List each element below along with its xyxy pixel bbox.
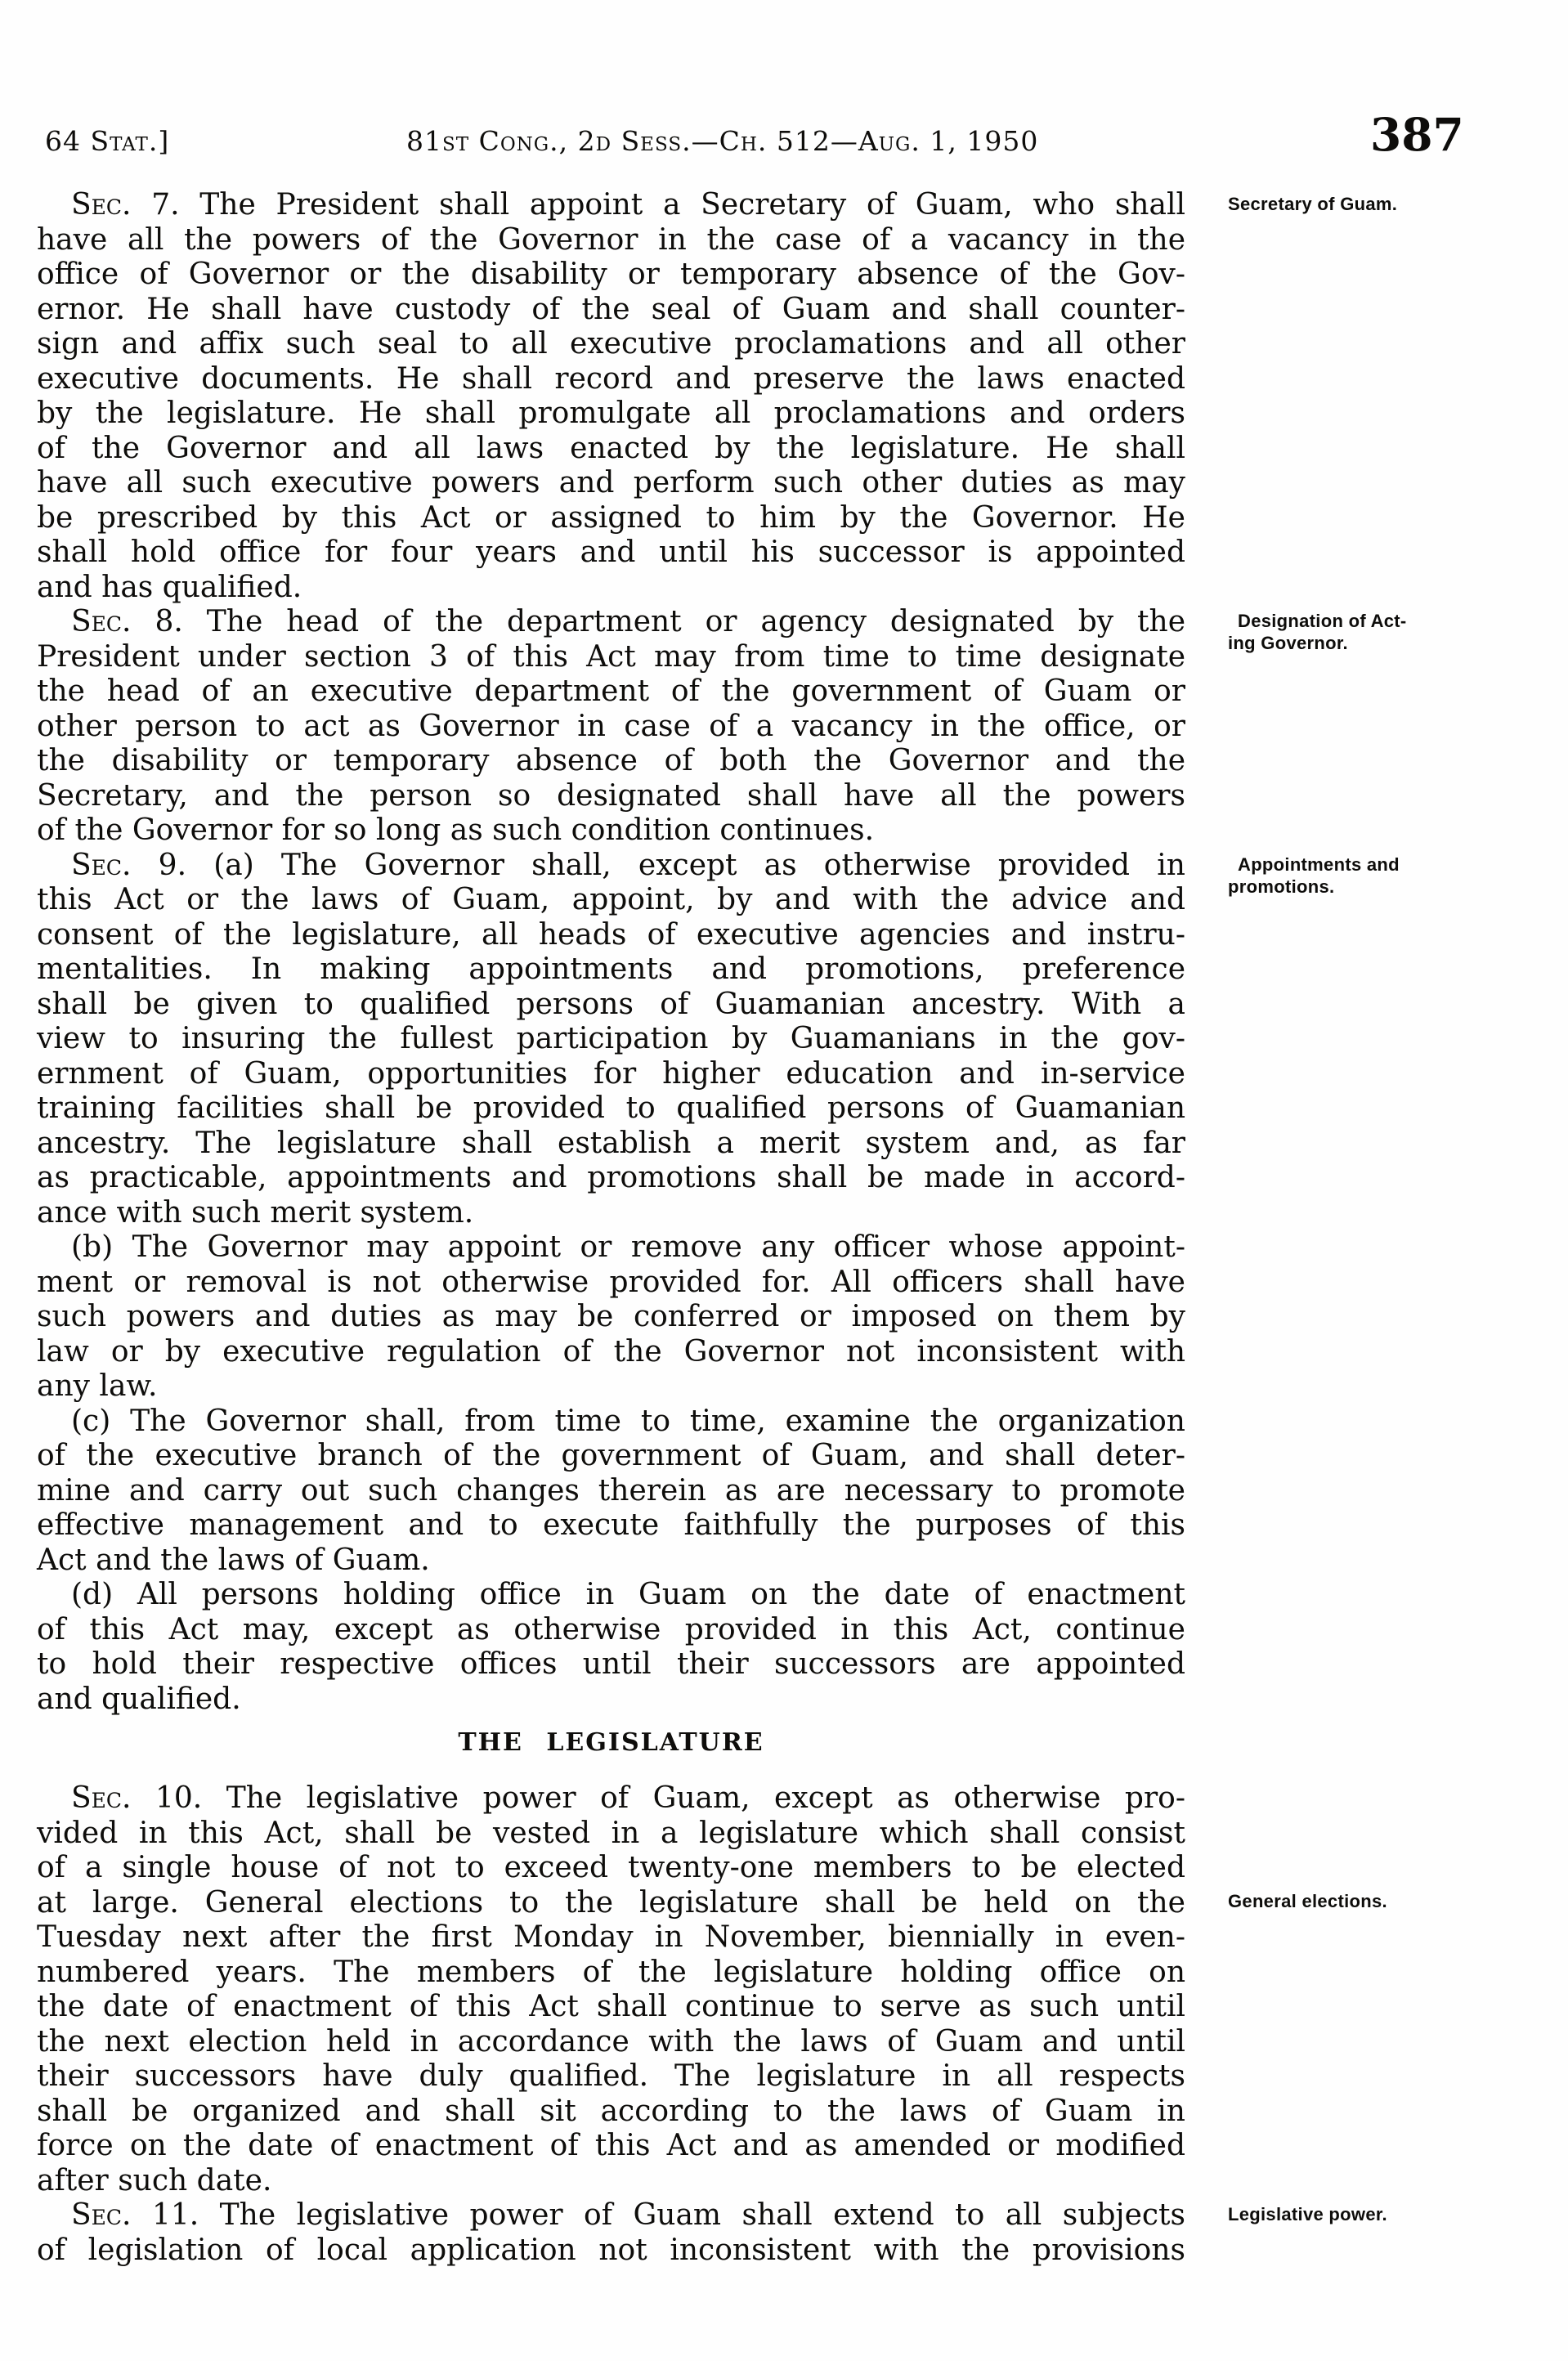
text-line: Sec. 7. The President shall appoint a Se…: [37, 188, 1185, 223]
paragraph-text: (b) The Governor may appoint or remove a…: [37, 1230, 1185, 1405]
text-line: Tuesday next after the first Monday in N…: [37, 1920, 1185, 1956]
text-line: of the Governor for so long as such cond…: [37, 813, 1185, 849]
paragraph-text: Sec. 11. The legislative power of Guam s…: [37, 2198, 1185, 2268]
text-line: shall be organized and shall sit accordi…: [37, 2094, 1185, 2130]
text-line: other person to act as Governor in case …: [37, 710, 1185, 745]
text-line: view to insuring the fullest participati…: [37, 1022, 1185, 1057]
text-line: numbered years. The members of the legis…: [37, 1956, 1185, 1991]
text-line: ernment of Guam, opportunities for highe…: [37, 1057, 1185, 1092]
text-line: Act and the laws of Guam.: [37, 1543, 1185, 1579]
text-line: after such date.: [37, 2164, 1185, 2199]
text-line: the date of enactment of this Act shall …: [37, 1990, 1185, 2025]
text-line: have all such executive powers and perfo…: [37, 466, 1185, 501]
paragraph-text: Sec. 10. The legislative power of Guam, …: [37, 1781, 1185, 2198]
paragraph-text: (c) The Governor shall, from time to tim…: [37, 1405, 1185, 1579]
text-line: training facilities shall be provided to…: [37, 1091, 1185, 1127]
paragraph-text: (d) All persons holding office in Guam o…: [37, 1578, 1185, 1717]
statute-page: 64 Stat.] 81st Cong., 2d Sess.—Ch. 512—A…: [0, 0, 1568, 2361]
text-line: Appointments and: [1228, 853, 1457, 876]
text-line: as practicable, appointments and promoti…: [37, 1161, 1185, 1196]
paragraph-sec-9d: (d) All persons holding office in Guam o…: [37, 1578, 1185, 1717]
text-line: shall be given to qualified persons of G…: [37, 988, 1185, 1023]
text-line: this Act or the laws of Guam, appoint, b…: [37, 883, 1185, 918]
section-label: Sec. 11.: [71, 2198, 199, 2232]
section-heading-the-legislature: THE LEGISLATURE: [37, 1725, 1185, 1760]
paragraph-text: Sec. 8. The head of the department or ag…: [37, 605, 1185, 849]
text-line: Secretary of Guam.: [1228, 193, 1457, 215]
text-line: of the executive branch of the governmen…: [37, 1439, 1185, 1474]
text-line: by the legislature. He shall promulgate …: [37, 396, 1185, 432]
section-label: Sec. 10.: [71, 1781, 202, 1815]
text-line: be prescribed by this Act or assigned to…: [37, 501, 1185, 536]
text-line: ment or removal is not otherwise provide…: [37, 1266, 1185, 1301]
text-line: have all the powers of the Governor in t…: [37, 223, 1185, 258]
text-line: sign and affix such seal to all executiv…: [37, 327, 1185, 362]
paragraph-sec-9c: (c) The Governor shall, from time to tim…: [37, 1405, 1185, 1579]
text-line: the disability or temporary absence of b…: [37, 744, 1185, 779]
page-number: 387: [1370, 111, 1464, 159]
text-line: Legislative power.: [1228, 2203, 1457, 2225]
text-line: ance with such merit system.: [37, 1196, 1185, 1231]
text-line: General elections.: [1228, 1890, 1457, 1912]
margin-note-designation-of-acting-governor: Designation of Act-ing Governor.: [1228, 610, 1457, 654]
text-line: the head of an executive department of t…: [37, 674, 1185, 710]
paragraph-sec-8: Designation of Act-ing Governor. Sec. 8.…: [37, 605, 1185, 849]
text-line: consent of the legislature, all heads of…: [37, 918, 1185, 953]
text-line: mentalities. In making appointments and …: [37, 952, 1185, 988]
paragraph-text: Sec. 7. The President shall appoint a Se…: [37, 188, 1185, 605]
header-session-line: 81st Cong., 2d Sess.—Ch. 512—Aug. 1, 195…: [406, 126, 1038, 157]
text-line: of legislation of local application not …: [37, 2233, 1185, 2269]
text-line: promotions.: [1228, 876, 1457, 898]
paragraph-sec-9a: Appointments andpromotions. Sec. 9. (a) …: [37, 849, 1185, 1231]
margin-note-general-elections: General elections.: [1228, 1890, 1457, 1912]
margin-note-secretary-of-guam: Secretary of Guam.: [1228, 193, 1457, 215]
statute-body-column: Secretary of Guam. Sec. 7. The President…: [37, 188, 1185, 2268]
text-line: at large. General elections to the legis…: [37, 1886, 1185, 1921]
text-line: such powers and duties as may be conferr…: [37, 1300, 1185, 1335]
text-line: Sec. 10. The legislative power of Guam, …: [37, 1781, 1185, 1817]
section-label: Sec. 9.: [71, 849, 186, 882]
text-line: of a single house of not to exceed twent…: [37, 1851, 1185, 1886]
text-line: any law.: [37, 1369, 1185, 1405]
text-line: ing Governor.: [1228, 632, 1457, 654]
header-stat-reference: 64 Stat.]: [45, 126, 169, 157]
section-label: Sec. 7.: [71, 188, 180, 222]
text-line: effective management and to execute fait…: [37, 1508, 1185, 1543]
text-line: vided in this Act, shall be vested in a …: [37, 1817, 1185, 1852]
text-line: the next election held in accordance wit…: [37, 2025, 1185, 2060]
paragraph-sec-10: General elections. Sec. 10. The legislat…: [37, 1781, 1185, 2198]
text-line: Sec. 8. The head of the department or ag…: [37, 605, 1185, 640]
text-line: of the Governor and all laws enacted by …: [37, 432, 1185, 467]
section-label: Sec. 8.: [71, 605, 183, 638]
text-line: executive documents. He shall record and…: [37, 362, 1185, 397]
text-line: Designation of Act-: [1228, 610, 1457, 632]
paragraph-sec-11: Legislative power. Sec. 11. The legislat…: [37, 2198, 1185, 2268]
paragraph-sec-9b: (b) The Governor may appoint or remove a…: [37, 1230, 1185, 1405]
text-line: mine and carry out such changes therein …: [37, 1474, 1185, 1509]
paragraph-sec-7: Secretary of Guam. Sec. 7. The President…: [37, 188, 1185, 605]
paragraph-text: Sec. 9. (a) The Governor shall, except a…: [37, 849, 1185, 1231]
text-line: force on the date of enactment of this A…: [37, 2129, 1185, 2164]
margin-note-appointments-and-promotions: Appointments andpromotions.: [1228, 853, 1457, 898]
text-line: and has qualified.: [37, 571, 1185, 606]
text-line: Sec. 9. (a) The Governor shall, except a…: [37, 849, 1185, 884]
text-line: (d) All persons holding office in Guam o…: [37, 1578, 1185, 1613]
text-line: President under section 3 of this Act ma…: [37, 640, 1185, 675]
margin-note-legislative-power: Legislative power.: [1228, 2203, 1457, 2225]
text-line: (b) The Governor may appoint or remove a…: [37, 1230, 1185, 1266]
text-line: shall hold office for four years and unt…: [37, 535, 1185, 571]
text-line: ancestry. The legislature shall establis…: [37, 1127, 1185, 1162]
text-line: their successors have duly qualified. Th…: [37, 2059, 1185, 2094]
text-line: office of Governor or the disability or …: [37, 258, 1185, 293]
text-line: (c) The Governor shall, from time to tim…: [37, 1405, 1185, 1440]
text-line: of this Act may, except as otherwise pro…: [37, 1613, 1185, 1648]
text-line: Sec. 11. The legislative power of Guam s…: [37, 2198, 1185, 2233]
text-line: Secretary, and the person so designated …: [37, 779, 1185, 814]
text-line: law or by executive regulation of the Go…: [37, 1335, 1185, 1370]
text-line: and qualified.: [37, 1682, 1185, 1718]
text-line: to hold their respective offices until t…: [37, 1647, 1185, 1682]
text-line: ernor. He shall have custody of the seal…: [37, 293, 1185, 328]
